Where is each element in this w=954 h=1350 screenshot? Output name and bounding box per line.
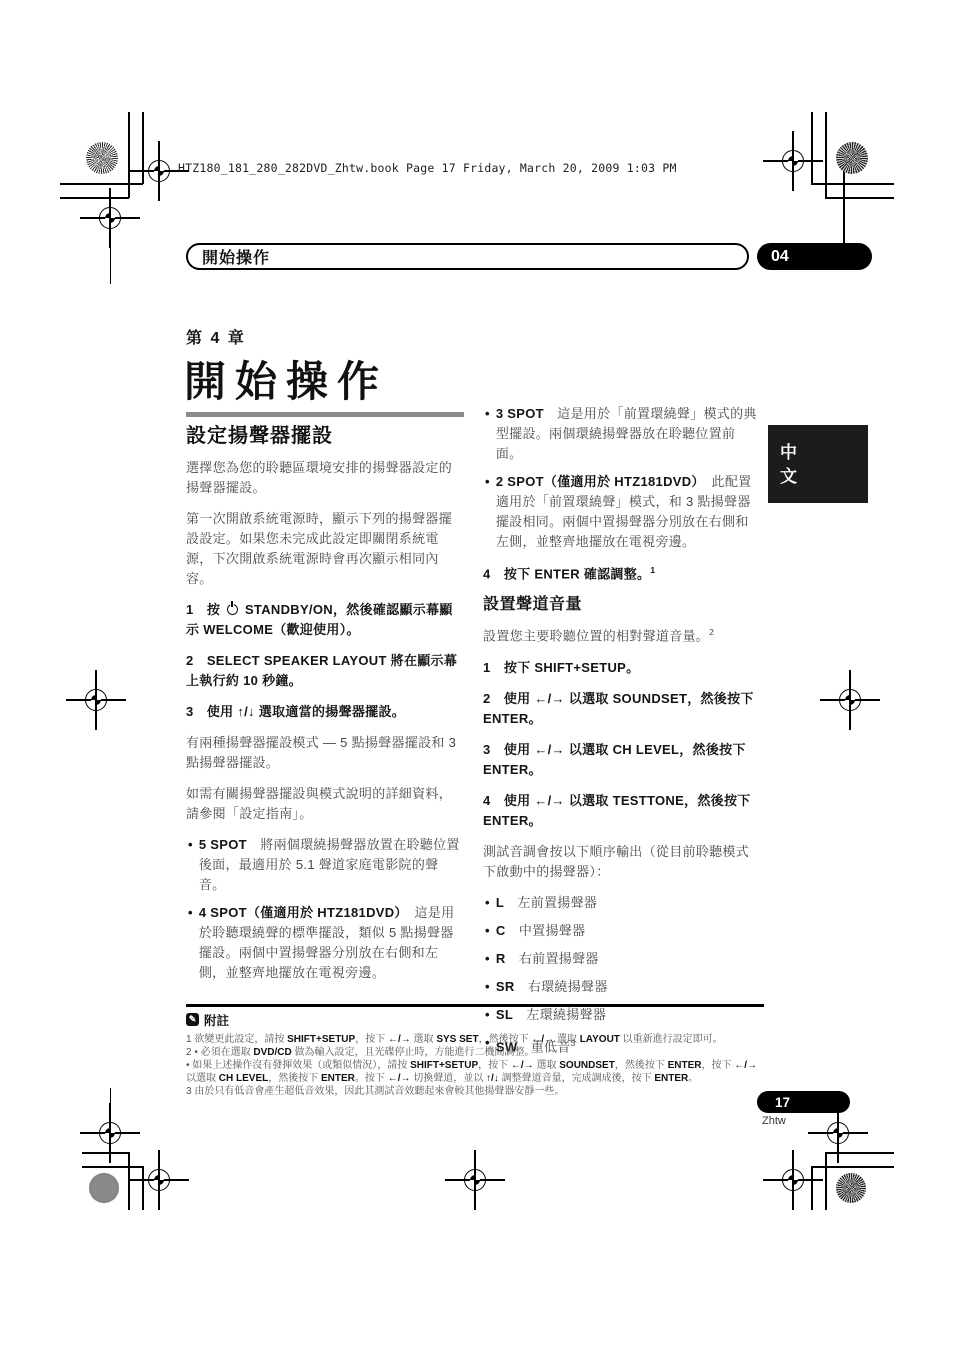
section-heading-speaker-layout: 設定揚聲器擺設 xyxy=(186,424,464,448)
crop-mark-line xyxy=(128,1152,130,1210)
step-block: 4 使用 ←/→ 以選取 TESTTONE，然後按下 ENTER。 xyxy=(483,791,761,831)
text-segment: 2 SPOT（僅適用於 HTZ181DVD） xyxy=(496,474,698,489)
bullet-marker: • xyxy=(485,921,490,941)
page-footer-language-code: Zhtw xyxy=(762,1115,786,1127)
bullet-marker: • xyxy=(485,893,490,913)
bullet-marker: • xyxy=(485,949,490,969)
file-header: HTZ180_181_280_282DVD_Zhtw.book Page 17 … xyxy=(178,161,677,175)
text-segment: ，然後按下 xyxy=(615,1060,668,1071)
text-segment: ENTER xyxy=(321,1073,355,1084)
text-segment: 以選取 xyxy=(186,1073,219,1084)
text-segment: ，按下 xyxy=(355,1034,388,1045)
footnote-line: 1 欲變更此設定，請按 SHIFT+SETUP，按下 ←/→ 選取 SYS SE… xyxy=(186,1033,764,1046)
crop-mark-line xyxy=(811,1166,813,1210)
text-segment: L xyxy=(496,895,504,910)
crop-mark-line xyxy=(60,197,129,199)
bullet-marker: • xyxy=(485,977,490,997)
crop-mark-line xyxy=(110,1088,112,1104)
text-segment: ，然後按下 xyxy=(479,1034,532,1045)
text-segment: CH LEVEL xyxy=(219,1073,268,1084)
text-segment: ←/→ xyxy=(511,1060,534,1071)
para-block: 設置您主要聆聽位置的相對聲道音量。2 xyxy=(483,622,761,646)
text-segment: SHIFT+SETUP xyxy=(410,1060,478,1071)
text-segment: 測試音調會按以下順序輸出（從目前聆聽模式下啟動中的揚聲器）： xyxy=(483,844,749,879)
footnote-line: 2 • 必須在選取 DVD/CD 做為輸入設定，且光碟停止時，方能進行二機間調整… xyxy=(186,1046,764,1059)
language-tab-char: 文 xyxy=(780,466,868,487)
para-block: 選擇您為您的聆聽區環境安排的揚聲器設定的揚聲器擺設。 xyxy=(186,458,464,498)
crop-mark-line xyxy=(825,1152,894,1154)
text-segment: C xyxy=(496,923,506,938)
bullet-block: •3 SPOT 這是用於「前置環繞聲」模式的典型擺設。兩個環繞揚聲器放在聆聽位置… xyxy=(483,404,761,464)
crop-mark-line xyxy=(825,112,827,198)
text-segment: 3 由於只有低音會產生超低音效果，因此其測試音效聽起來會較其他揚聲器安靜一些。 xyxy=(186,1086,564,1097)
text-segment: ，按下 xyxy=(478,1060,511,1071)
text-segment: 1 xyxy=(650,565,655,575)
text-segment: 2 • 必須在選取 xyxy=(186,1047,253,1058)
crop-mark-line xyxy=(811,112,813,184)
crop-mark-line xyxy=(110,246,112,284)
left-column: 設定揚聲器擺設 選擇您為您的聆聽區環境安排的揚聲器設定的揚聲器擺設。第一次開啟系… xyxy=(186,412,464,991)
crop-mark-line xyxy=(142,1166,144,1210)
step-block: 2 使用 ←/→ 以選取 SOUNDSET，然後按下 ENTER。 xyxy=(483,689,761,729)
language-tab-char: 中 xyxy=(780,442,868,463)
crop-mark-line xyxy=(82,1152,129,1154)
text-segment: STANDBY/ON，然後確認顯示幕顯示 WELCOME（歡迎使用）。 xyxy=(186,602,453,637)
text-segment: SR xyxy=(496,979,515,994)
text-segment: 3 使用 ↑/↓ 選取適當的揚聲器擺設。 xyxy=(186,704,405,719)
text-segment: ENTER xyxy=(668,1060,702,1071)
text-segment: 右前置揚聲器 xyxy=(506,951,599,966)
bullet-block: •2 SPOT（僅適用於 HTZ181DVD） 此配置適用於「前置環繞聲」模式，… xyxy=(483,472,761,552)
crop-mark-line xyxy=(825,1152,827,1210)
crop-mark-line xyxy=(60,183,143,185)
text-segment: 第一次開啟系統電源時，顯示下列的揚聲器擺設設定。如果您未完成此設定即關閉系統電源… xyxy=(186,511,452,586)
text-segment: 1 欲變更此設定，請按 xyxy=(186,1034,287,1045)
page-number: 17 xyxy=(775,1095,790,1110)
crop-mark-line xyxy=(811,183,894,185)
h3-block: 設置聲道音量 xyxy=(483,595,761,615)
text-segment: 調整聲道音量，完成調成後，按下 xyxy=(499,1073,655,1084)
crop-mark-line xyxy=(811,1166,894,1168)
footnotes-section: ✎ 附註 1 欲變更此設定，請按 SHIFT+SETUP，按下 ←/→ 選取 S… xyxy=(186,1004,764,1099)
registration-mark xyxy=(445,1150,505,1210)
page-title: 開始操作 xyxy=(184,349,388,409)
text-segment: 選取 xyxy=(411,1034,437,1045)
step-block: 1 按 STANDBY/ON，然後確認顯示幕顯示 WELCOME（歡迎使用）。 xyxy=(186,600,464,640)
text-segment: ↑/↓ xyxy=(486,1073,499,1084)
text-segment: ENTER xyxy=(654,1073,688,1084)
para-block: 如需有關揚聲器擺設與模式說明的詳細資料，請參閱「設定指南」。 xyxy=(186,784,464,824)
footnotes-rule xyxy=(186,1004,764,1007)
text-segment: • 如果上述操作沒有發揮效果（或類似情況），請按 xyxy=(186,1060,410,1071)
text-segment: 1 按下 SHIFT+SETUP。 xyxy=(483,660,639,675)
ornamental-circle xyxy=(86,142,118,174)
footnote-line: • 如果上述操作沒有發揮效果（或類似情況），請按 SHIFT+SETUP，按下 … xyxy=(186,1059,764,1072)
text-segment: 。 xyxy=(688,1073,698,1084)
text-segment: 4 SPOT（僅適用於 HTZ181DVD） xyxy=(199,905,401,920)
note-pencil-icon: ✎ xyxy=(186,1013,199,1026)
left-column-content: 選擇您為您的聆聽區環境安排的揚聲器設定的揚聲器擺設。第一次開啟系統電源時，顯示下… xyxy=(186,458,464,983)
step-block: 2 SELECT SPEAKER LAYOUT 將在顯示幕上執行約 10 秒鐘。 xyxy=(186,651,464,691)
manual-page: HTZ180_181_280_282DVD_Zhtw.book Page 17 … xyxy=(0,0,954,1350)
crop-mark-line xyxy=(825,197,894,199)
text-segment: 做為輸入設定，且光碟停止時，方能進行二機間調整。 xyxy=(292,1047,535,1058)
text-segment: SYS SET xyxy=(436,1034,478,1045)
text-segment: 1 按 xyxy=(186,602,224,617)
ornamental-circle xyxy=(836,142,868,174)
footnotes-label: 附註 xyxy=(204,1011,229,1029)
para-block: 第一次開啟系統電源時，顯示下列的揚聲器擺設設定。如果您未完成此設定即關閉系統電源… xyxy=(186,509,464,589)
text-segment: 3 使用 ←/→ 以選取 CH LEVEL，然後按下 ENTER。 xyxy=(483,742,746,777)
para-block: 測試音調會按以下順序輸出（從目前聆聽模式下啟動中的揚聲器）： xyxy=(483,842,761,882)
chapter-number-badge: 04 xyxy=(757,243,872,270)
text-segment: 2 xyxy=(709,627,714,637)
ornamental-circle xyxy=(89,1173,119,1203)
text-segment: 4 按下 ENTER 確認調整。 xyxy=(483,566,650,581)
bullet-block: •4 SPOT（僅適用於 HTZ181DVD） 這是用於聆聽環繞聲的標準擺設，類… xyxy=(186,903,464,983)
text-segment: ，按下 xyxy=(702,1060,735,1071)
registration-mark xyxy=(820,670,880,730)
bullet-marker: • xyxy=(188,835,193,895)
language-tab-chinese: 中 文 xyxy=(768,425,868,503)
bullet-marker: • xyxy=(188,903,193,983)
crop-mark-line xyxy=(142,112,144,184)
bullet-block: •R 右前置揚聲器 xyxy=(483,949,761,969)
text-segment: 2 SELECT SPEAKER LAYOUT 將在顯示幕上執行約 10 秒鐘。 xyxy=(186,653,457,688)
ornamental-circle xyxy=(836,1173,866,1203)
text-segment: ←/→ xyxy=(388,1073,411,1084)
para-block: 有兩種揚聲器擺設模式 — 5 點揚聲器擺設和 3 點揚聲器擺設。 xyxy=(186,733,464,773)
text-segment: 選取 xyxy=(554,1034,580,1045)
footnotes-lines: 1 欲變更此設定，請按 SHIFT+SETUP，按下 ←/→ 選取 SYS SE… xyxy=(186,1033,764,1099)
right-column-content: •3 SPOT 這是用於「前置環繞聲」模式的典型擺設。兩個環繞揚聲器放在聆聽位置… xyxy=(483,404,761,1057)
text-segment: 設置您主要聆聽位置的相對聲道音量。 xyxy=(483,629,709,644)
text-segment: 左前置揚聲器 xyxy=(504,895,597,910)
section-rule xyxy=(186,412,464,417)
text-segment: 5 SPOT xyxy=(199,837,247,852)
right-column: •3 SPOT 這是用於「前置環繞聲」模式的典型擺設。兩個環繞揚聲器放在聆聽位置… xyxy=(483,404,761,1065)
registration-mark xyxy=(129,1150,189,1210)
chapter-number: 04 xyxy=(771,248,789,266)
text-segment: 3 SPOT xyxy=(496,406,544,421)
text-segment: ←/→ xyxy=(388,1034,411,1045)
registration-mark xyxy=(763,131,823,191)
bullet-block: •L 左前置揚聲器 xyxy=(483,893,761,913)
text-segment: 設置聲道音量 xyxy=(483,596,582,613)
text-segment: ←/→ xyxy=(531,1034,554,1045)
bullet-block: •C 中置揚聲器 xyxy=(483,921,761,941)
bullet-block: •5 SPOT 將兩個環繞揚聲器放置在聆聽位置後面，最適用於 5.1 聲道家庭電… xyxy=(186,835,464,895)
text-segment: 右環繞揚聲器 xyxy=(515,979,608,994)
crop-mark-line xyxy=(82,1166,143,1168)
text-segment: 選擇您為您的聆聽區環境安排的揚聲器設定的揚聲器擺設。 xyxy=(186,460,452,495)
chapter-label: 第 4 章 xyxy=(186,325,246,348)
crop-mark-line xyxy=(128,112,130,198)
footnote-line: 3 由於只有低音會產生超低音效果，因此其測試音效聽起來會較其他揚聲器安靜一些。 xyxy=(186,1085,764,1098)
text-segment: 中置揚聲器 xyxy=(506,923,586,938)
text-segment: DVD/CD xyxy=(253,1047,291,1058)
text-segment: ，然後按下 xyxy=(268,1073,321,1084)
crop-mark-line xyxy=(838,1113,840,1133)
bullet-marker: • xyxy=(485,472,490,552)
text-segment: SHIFT+SETUP xyxy=(287,1034,355,1045)
text-segment: 。按下 xyxy=(355,1073,388,1084)
step-block: 1 按下 SHIFT+SETUP。 xyxy=(483,658,761,678)
footnotes-header: ✎ 附註 xyxy=(186,1011,764,1029)
registration-mark xyxy=(808,1103,868,1163)
step-block: 4 按下 ENTER 確認調整。1 xyxy=(483,560,761,584)
text-segment: R xyxy=(496,951,506,966)
text-segment: 切換聲道，並以 xyxy=(410,1073,486,1084)
text-segment: 2 使用 ←/→ 以選取 SOUNDSET，然後按下 ENTER。 xyxy=(483,691,754,726)
registration-mark xyxy=(66,670,126,730)
bullet-block: •SR 右環繞揚聲器 xyxy=(483,977,761,997)
chapter-tab-bar: 開始操作 xyxy=(186,243,749,270)
text-segment: 有兩種揚聲器擺設模式 — 5 點揚聲器擺設和 3 點揚聲器擺設。 xyxy=(186,735,456,770)
footnote-line: 以選取 CH LEVEL，然後按下 ENTER。按下 ←/→ 切換聲道，並以 ↑… xyxy=(186,1072,764,1085)
standby-icon xyxy=(227,604,238,615)
text-segment: ←/→ xyxy=(734,1060,757,1071)
step-block: 3 使用 ↑/↓ 選取適當的揚聲器擺設。 xyxy=(186,702,464,722)
text-segment: 以重新進行設定即可。 xyxy=(620,1034,723,1045)
text-segment: LAYOUT xyxy=(580,1034,620,1045)
text-segment: 如需有關揚聲器擺設與模式說明的詳細資料，請參閱「設定指南」。 xyxy=(186,786,452,821)
bullet-marker: • xyxy=(485,404,490,464)
text-segment: 4 使用 ←/→ 以選取 TESTTONE，然後按下 ENTER。 xyxy=(483,793,751,828)
chapter-tab-label: 開始操作 xyxy=(202,245,270,268)
text-segment: 選取 xyxy=(534,1060,560,1071)
text-segment: SOUNDSET xyxy=(559,1060,615,1071)
step-block: 3 使用 ←/→ 以選取 CH LEVEL，然後按下 ENTER。 xyxy=(483,740,761,780)
